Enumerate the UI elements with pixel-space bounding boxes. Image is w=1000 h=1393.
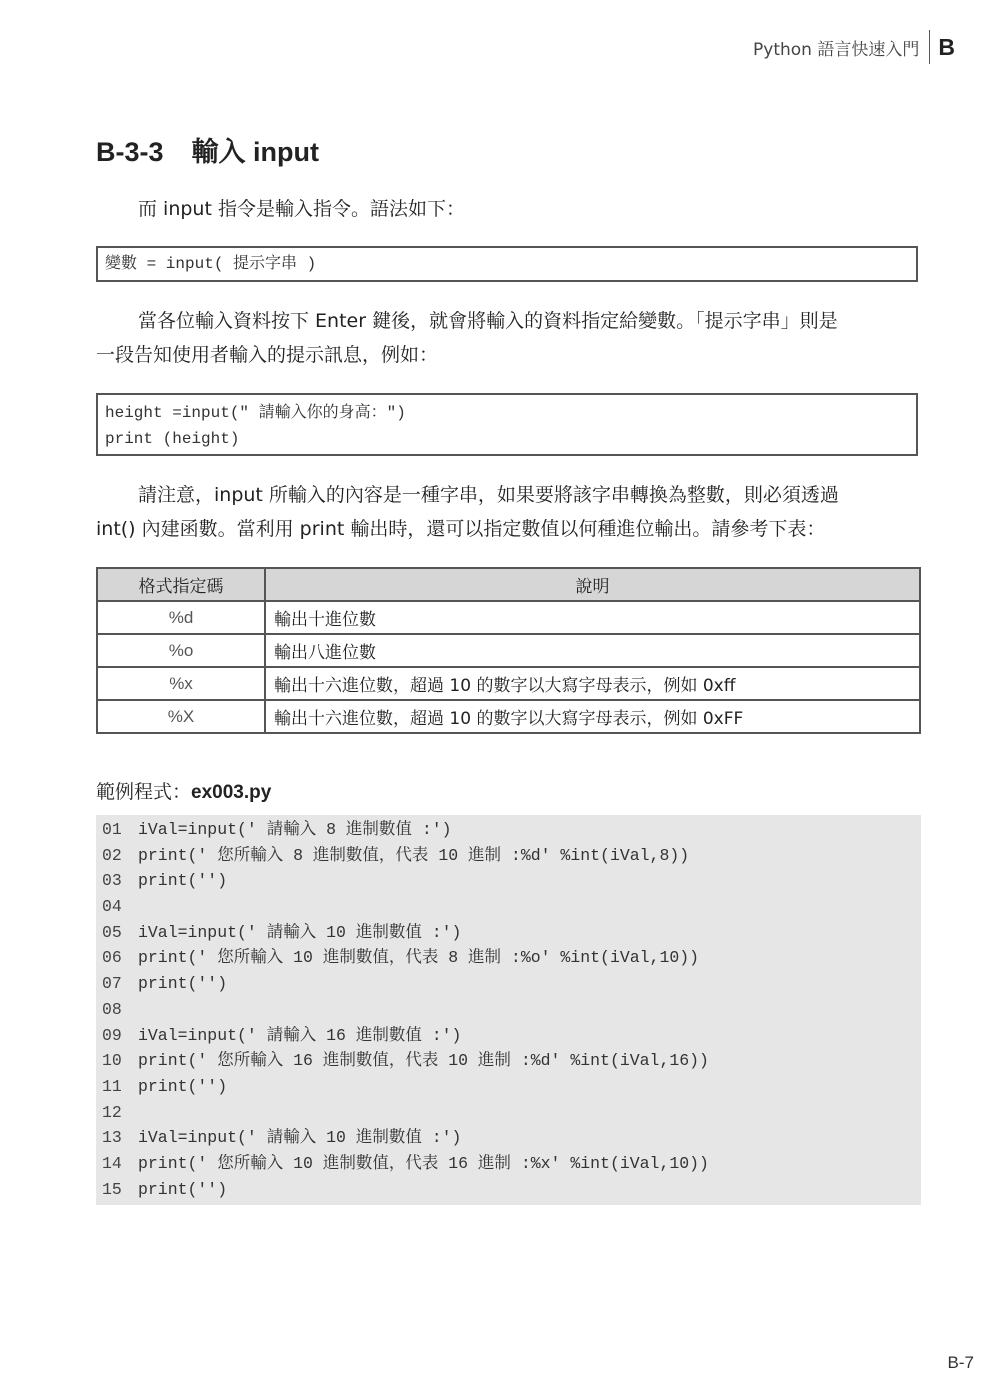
line-number: 05 [102,920,138,946]
line-number: 15 [102,1177,138,1203]
example-box: height =input(" 請輸入你的身高：") print (height… [96,393,918,456]
code-line: 01iVal=input(' 請輸入 8 進制數值 :') [96,817,921,843]
paragraph-prompt-explain: 當各位輸入資料按下 Enter 鍵後，就會將輸入的資料指定給變數。「提示字串」則… [96,304,922,372]
line-number: 08 [102,997,138,1023]
code-text: print(' 您所輸入 16 進制數值，代表 10 進制 :%d' %int(… [138,1051,709,1070]
example-filename: ex003.py [191,782,271,803]
line-number: 01 [102,817,138,843]
format-code-cell: %x [97,667,265,700]
header-divider [929,30,930,64]
code-listing: 01iVal=input(' 請輸入 8 進制數值 :') 02print(' … [96,815,921,1205]
table-row: %x 輸出十六進位數，超過 10 的數字以大寫字母表示，例如 0xff [97,667,920,700]
line-number: 09 [102,1023,138,1049]
code-text: iVal=input(' 請輸入 16 進制數值 :') [138,1026,461,1045]
paragraph-text: 當各位輸入資料按下 Enter 鍵後，就會將輸入的資料指定給變數。「提示字串」則… [138,310,838,332]
code-text: print(' 您所輸入 8 進制數值，代表 10 進制 :%d' %int(i… [138,846,689,865]
line-number: 02 [102,843,138,869]
format-code-cell: %d [97,601,265,634]
code-line: 02print(' 您所輸入 8 進制數值，代表 10 進制 :%d' %int… [96,843,921,869]
line-number: 04 [102,894,138,920]
code-line: 15print('') [96,1177,921,1203]
line-number: 13 [102,1125,138,1151]
line-number: 03 [102,868,138,894]
paragraph-text: 請注意，input 所輸入的內容是一種字串，如果要將該字串轉換為整數，則必須透過 [138,484,839,506]
code-line: 14print(' 您所輸入 10 進制數值，代表 16 進制 :%x' %in… [96,1151,921,1177]
line-number: 07 [102,971,138,997]
code-text: print(' 您所輸入 10 進制數值，代表 8 進制 :%o' %int(i… [138,948,699,967]
running-title: Python 語言快速入門 [753,35,919,60]
table-row: %d 輸出十進位數 [97,601,920,634]
section-heading: B-3-3輸入 input [96,130,319,169]
table-header-row: 格式指定碼 說明 [97,568,920,601]
line-number: 10 [102,1048,138,1074]
example-program-label: 範例程式：ex003.py [96,777,271,804]
paragraph-note: 請注意，input 所輸入的內容是一種字串，如果要將該字串轉換為整數，則必須透過… [96,478,922,546]
running-header: Python 語言快速入門 B [753,30,955,64]
paragraph-intro: 而 input 指令是輸入指令。語法如下： [96,192,922,226]
code-line: 13iVal=input(' 請輸入 10 進制數值 :') [96,1125,921,1151]
line-number: 06 [102,945,138,971]
format-desc-cell: 輸出十進位數 [265,601,920,634]
example-label-text: 範例程式： [96,781,191,803]
format-desc-cell: 輸出十六進位數，超過 10 的數字以大寫字母表示，例如 0xff [265,667,920,700]
code-line: 10print(' 您所輸入 16 進制數值，代表 10 進制 :%d' %in… [96,1048,921,1074]
code-line: 08 [96,997,921,1023]
section-number: B-3-3 [96,137,164,167]
format-desc-cell: 輸出十六進位數，超過 10 的數字以大寫字母表示，例如 0xFF [265,700,920,733]
code-text: iVal=input(' 請輸入 10 進制數值 :') [138,923,461,942]
code-text: iVal=input(' 請輸入 10 進制數值 :') [138,1128,461,1147]
paragraph-text: 而 input 指令是輸入指令。語法如下： [138,198,465,220]
paragraph-text: 一段告知使用者輸入的提示訊息，例如： [96,338,922,372]
table-row: %X 輸出十六進位數，超過 10 的數字以大寫字母表示，例如 0xFF [97,700,920,733]
code-line: 06print(' 您所輸入 10 進制數值，代表 8 進制 :%o' %int… [96,945,921,971]
format-code-cell: %X [97,700,265,733]
code-line: 12 [96,1100,921,1126]
code-line: 09iVal=input(' 請輸入 16 進制數值 :') [96,1023,921,1049]
code-text: iVal=input(' 請輸入 8 進制數值 :') [138,820,452,839]
code-line: 03print('') [96,868,921,894]
line-number: 14 [102,1151,138,1177]
code-line: 11print('') [96,1074,921,1100]
line-number: 11 [102,1074,138,1100]
format-code-cell: %o [97,634,265,667]
code-text: print('') [138,1077,227,1096]
example-line: height =input(" 請輸入你的身高：") [105,400,909,426]
code-text: print('') [138,871,227,890]
code-line: 07print('') [96,971,921,997]
code-line: 04 [96,894,921,920]
syntax-box: 變數 = input( 提示字串 ) [96,246,918,282]
syntax-line: 變數 = input( 提示字串 ) [105,251,909,277]
example-line: print (height) [105,426,909,452]
table-row: %o 輸出八進位數 [97,634,920,667]
format-code-table: 格式指定碼 說明 %d 輸出十進位數 %o 輸出八進位數 %x 輸出十六進位數，… [96,567,921,734]
code-text: print('') [138,974,227,993]
column-header-desc: 說明 [265,568,920,601]
line-number: 12 [102,1100,138,1126]
code-text: print(' 您所輸入 10 進制數值，代表 16 進制 :%x' %int(… [138,1154,709,1173]
chapter-letter: B [938,34,955,61]
section-title-text: 輸入 input [192,137,319,167]
page-number: B-7 [948,1353,974,1373]
column-header-code: 格式指定碼 [97,568,265,601]
format-desc-cell: 輸出八進位數 [265,634,920,667]
paragraph-text: int() 內建函數。當利用 print 輸出時，還可以指定數值以何種進位輸出。… [96,512,922,546]
code-line: 05iVal=input(' 請輸入 10 進制數值 :') [96,920,921,946]
code-text: print('') [138,1180,227,1199]
